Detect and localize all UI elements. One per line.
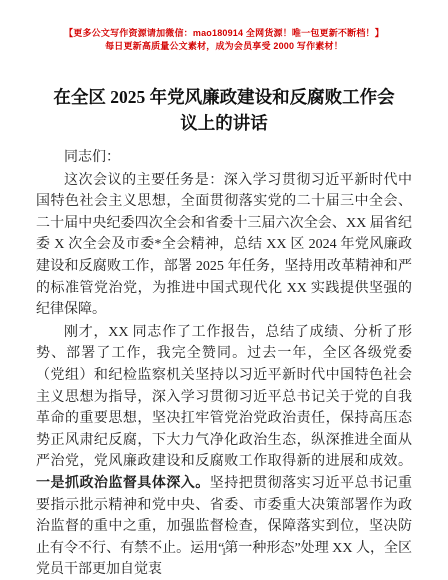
paragraph-review-emphasis: 一是抓政治监督具体深入。 <box>36 476 210 491</box>
document-body: 同志们： 这次会议的主要任务是：深入学习贯彻习近平新时代中国特色社会主义思想，全… <box>36 147 412 580</box>
paragraph-review: 刚才，XX 同志作了工作报告，总结了成绩、分析了形势、部署了工作，我完全赞同。过… <box>36 322 412 580</box>
page-number: 1 <box>0 547 448 558</box>
promo-header: 【更多公文写作资源请加微信：mao180914 全网货源！唯一包更新不断档！】 … <box>0 0 448 53</box>
promo-line-2: 每日更新高质量公文素材，成为会员享受 2000 写作素材！ <box>0 40 448 53</box>
paragraph-review-lead: 刚才，XX 同志作了工作报告，总结了成绩、分析了形势、部署了工作，我完全赞同。过… <box>36 325 412 470</box>
paragraph-tasks: 这次会议的主要任务是：深入学习贯彻习近平新时代中国特色社会主义思想，全面贯彻落实… <box>36 170 412 321</box>
promo-line-1: 【更多公文写作资源请加微信：mao180914 全网货源！唯一包更新不断档！】 <box>0 27 448 40</box>
document-page: 【更多公文写作资源请加微信：mao180914 全网货源！唯一包更新不断档！】 … <box>0 0 448 580</box>
document-title: 在全区 2025 年党风廉政建设和反腐败工作会议上的讲话 <box>48 84 400 136</box>
paragraph-review-rest: 坚持把贯彻落实习近平总书记重要指示批示精神和党中央、省委、市委重大决策部署作为政… <box>36 476 412 577</box>
salutation: 同志们： <box>36 147 412 169</box>
